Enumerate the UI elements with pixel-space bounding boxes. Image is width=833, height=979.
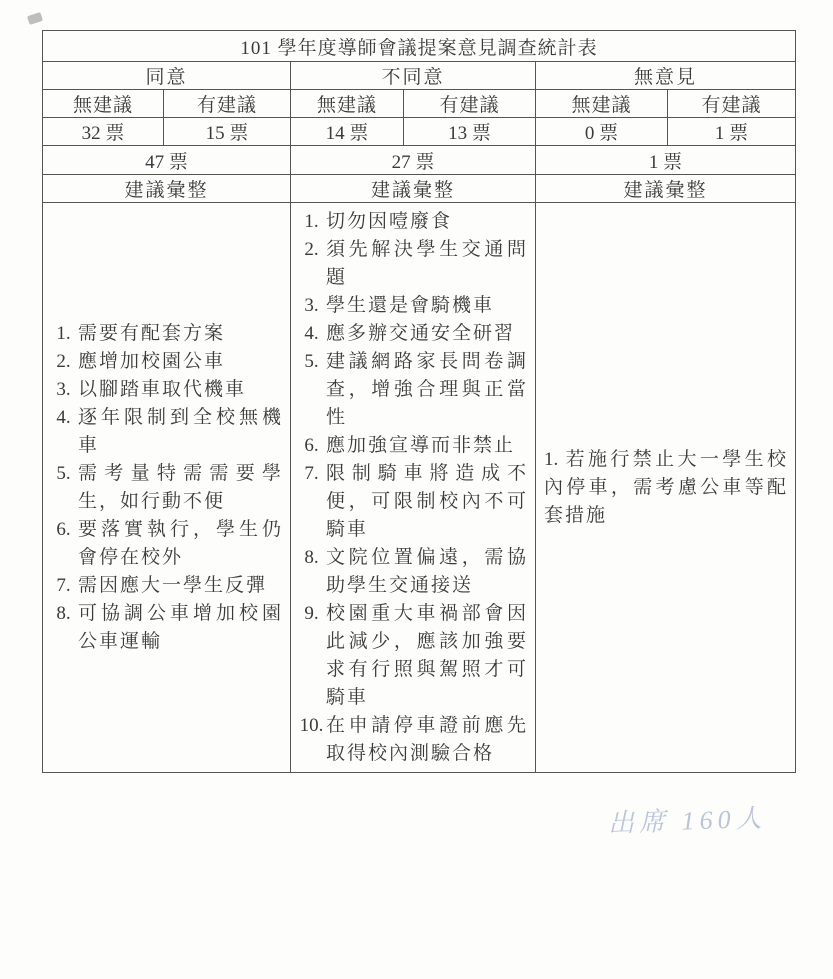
suggestion-item: 1.若施行禁止大一學生校內停車，需考慮公車等配套措施 (544, 446, 788, 530)
item-text: 文院位置偏遠，需協助學生交通接送 (326, 544, 528, 600)
suggestion-item: 7.需因應大一學生反彈 (51, 572, 283, 600)
vote-count-disagree-no-suggestion: 14 票 (291, 118, 404, 146)
suggestion-item: 1.切勿因噎廢食 (299, 208, 528, 236)
item-number: 2. (299, 236, 326, 264)
suggestion-item: 8.可協調公車增加校園公車運輸 (51, 600, 283, 656)
suggestion-list-noopinion: 1.若施行禁止大一學生校內停車，需考慮公車等配套措施 (544, 446, 788, 530)
subheader-agree-no-suggestion: 無建議 (43, 90, 164, 118)
suggestion-item: 6.應加強宣導而非禁止 (299, 432, 528, 460)
suggestion-item: 1.需要有配套方案 (51, 320, 283, 348)
item-text: 在申請停車證前應先取得校內測驗合格 (326, 712, 528, 768)
item-number: 3. (299, 292, 326, 320)
item-text: 須先解決學生交通問題 (326, 236, 528, 292)
item-number: 5. (299, 348, 326, 376)
opinion-header-agree: 同意 (43, 62, 291, 90)
suggestion-item: 2.須先解決學生交通問題 (299, 236, 528, 292)
suggestion-list-disagree: 1.切勿因噎廢食 2.須先解決學生交通問題 3.學生還是會騎機車 4.應多辦交通… (299, 208, 528, 768)
vote-count-noopinion-no-suggestion: 0 票 (536, 118, 668, 146)
handwritten-note: 出席 160人 (607, 797, 788, 840)
suggestion-item: 4.逐年限制到全校無機車 (51, 404, 283, 460)
item-text: 切勿因噎廢食 (326, 208, 528, 236)
item-text: 應多辦交通安全研習 (326, 320, 528, 348)
suggestion-item: 7.限制騎車將造成不便，可限制校內不可騎車 (299, 460, 528, 544)
item-text: 要落實執行，學生仍會停在校外 (78, 516, 283, 572)
opinion-header-disagree: 不同意 (291, 62, 536, 90)
item-text: 需考量特需需要學生，如行動不便 (78, 460, 283, 516)
suggestion-cell-disagree: 1.切勿因噎廢食 2.須先解決學生交通問題 3.學生還是會騎機車 4.應多辦交通… (291, 203, 536, 773)
item-text: 建議網路家長問卷調查，增強合理與正當性 (326, 348, 528, 432)
suggestion-item: 9.校園重大車禍部會因此減少，應該加強要求有行照與駕照才可騎車 (299, 600, 528, 712)
item-number: 8. (51, 600, 78, 628)
subheader-noopinion-has-suggestion: 有建議 (668, 90, 796, 118)
suggestion-item: 3.學生還是會騎機車 (299, 292, 528, 320)
item-number: 2. (51, 348, 78, 376)
total-votes-disagree: 27 票 (291, 146, 536, 175)
suggestion-item: 5.需考量特需需要學生，如行動不便 (51, 460, 283, 516)
item-text: 應加強宣導而非禁止 (326, 432, 528, 460)
vote-count-disagree-has-suggestion: 13 票 (404, 118, 536, 146)
item-number: 7. (51, 572, 78, 600)
item-number: 4. (299, 320, 326, 348)
total-votes-agree: 47 票 (43, 146, 291, 175)
suggestion-item: 8.文院位置偏遠，需協助學生交通接送 (299, 544, 528, 600)
item-text: 以腳踏車取代機車 (78, 376, 283, 404)
summary-header-disagree: 建議彙整 (291, 175, 536, 203)
item-number: 1. (51, 320, 78, 348)
suggestion-cell-agree: 1.需要有配套方案 2.應增加校園公車 3.以腳踏車取代機車 4.逐年限制到全校… (43, 203, 291, 773)
suggestion-item: 2.應增加校園公車 (51, 348, 283, 376)
subheader-agree-has-suggestion: 有建議 (164, 90, 291, 118)
vote-count-agree-has-suggestion: 15 票 (164, 118, 291, 146)
survey-statistics-table: 101 學年度導師會議提案意見調查統計表 同意 不同意 無意見 無建議 有建議 … (42, 30, 796, 773)
item-number: 6. (51, 516, 78, 544)
item-text: 需要有配套方案 (78, 320, 283, 348)
item-text: 若施行禁止大一學生校內停車，需考慮公車等配套措施 (544, 449, 788, 526)
table-title: 101 學年度導師會議提案意見調查統計表 (43, 31, 796, 62)
item-number: 10. (299, 712, 326, 740)
item-text: 應增加校園公車 (78, 348, 283, 376)
suggestion-cell-noopinion: 1.若施行禁止大一學生校內停車，需考慮公車等配套措施 (536, 203, 796, 773)
suggestion-item: 10.在申請停車證前應先取得校內測驗合格 (299, 712, 528, 768)
item-text: 逐年限制到全校無機車 (78, 404, 283, 460)
item-text: 可協調公車增加校園公車運輸 (78, 600, 283, 656)
total-votes-noopinion: 1 票 (536, 146, 796, 175)
item-number: 3. (51, 376, 78, 404)
item-text: 學生還是會騎機車 (326, 292, 528, 320)
opinion-header-no-opinion: 無意見 (536, 62, 796, 90)
vote-count-noopinion-has-suggestion: 1 票 (668, 118, 796, 146)
item-number: 8. (299, 544, 326, 572)
item-number: 4. (51, 404, 78, 432)
suggestion-list-agree: 1.需要有配套方案 2.應增加校園公車 3.以腳踏車取代機車 4.逐年限制到全校… (51, 320, 283, 656)
summary-header-noopinion: 建議彙整 (536, 175, 796, 203)
item-number: 1. (544, 449, 564, 470)
item-number: 9. (299, 600, 326, 628)
item-number: 7. (299, 460, 326, 488)
summary-header-agree: 建議彙整 (43, 175, 291, 203)
subheader-noopinion-no-suggestion: 無建議 (536, 90, 668, 118)
item-text: 校園重大車禍部會因此減少，應該加強要求有行照與駕照才可騎車 (326, 600, 528, 712)
subheader-disagree-no-suggestion: 無建議 (291, 90, 404, 118)
scan-artifact-mark (27, 12, 43, 25)
suggestion-item: 4.應多辦交通安全研習 (299, 320, 528, 348)
suggestion-item: 3.以腳踏車取代機車 (51, 376, 283, 404)
item-text: 需因應大一學生反彈 (78, 572, 283, 600)
item-number: 6. (299, 432, 326, 460)
scanned-document-page: 101 學年度導師會議提案意見調查統計表 同意 不同意 無意見 無建議 有建議 … (0, 0, 833, 979)
suggestion-item: 5.建議網路家長問卷調查，增強合理與正當性 (299, 348, 528, 432)
item-text: 限制騎車將造成不便，可限制校內不可騎車 (326, 460, 528, 544)
suggestion-item: 6.要落實執行，學生仍會停在校外 (51, 516, 283, 572)
vote-count-agree-no-suggestion: 32 票 (43, 118, 164, 146)
item-number: 5. (51, 460, 78, 488)
subheader-disagree-has-suggestion: 有建議 (404, 90, 536, 118)
item-number: 1. (299, 208, 326, 236)
